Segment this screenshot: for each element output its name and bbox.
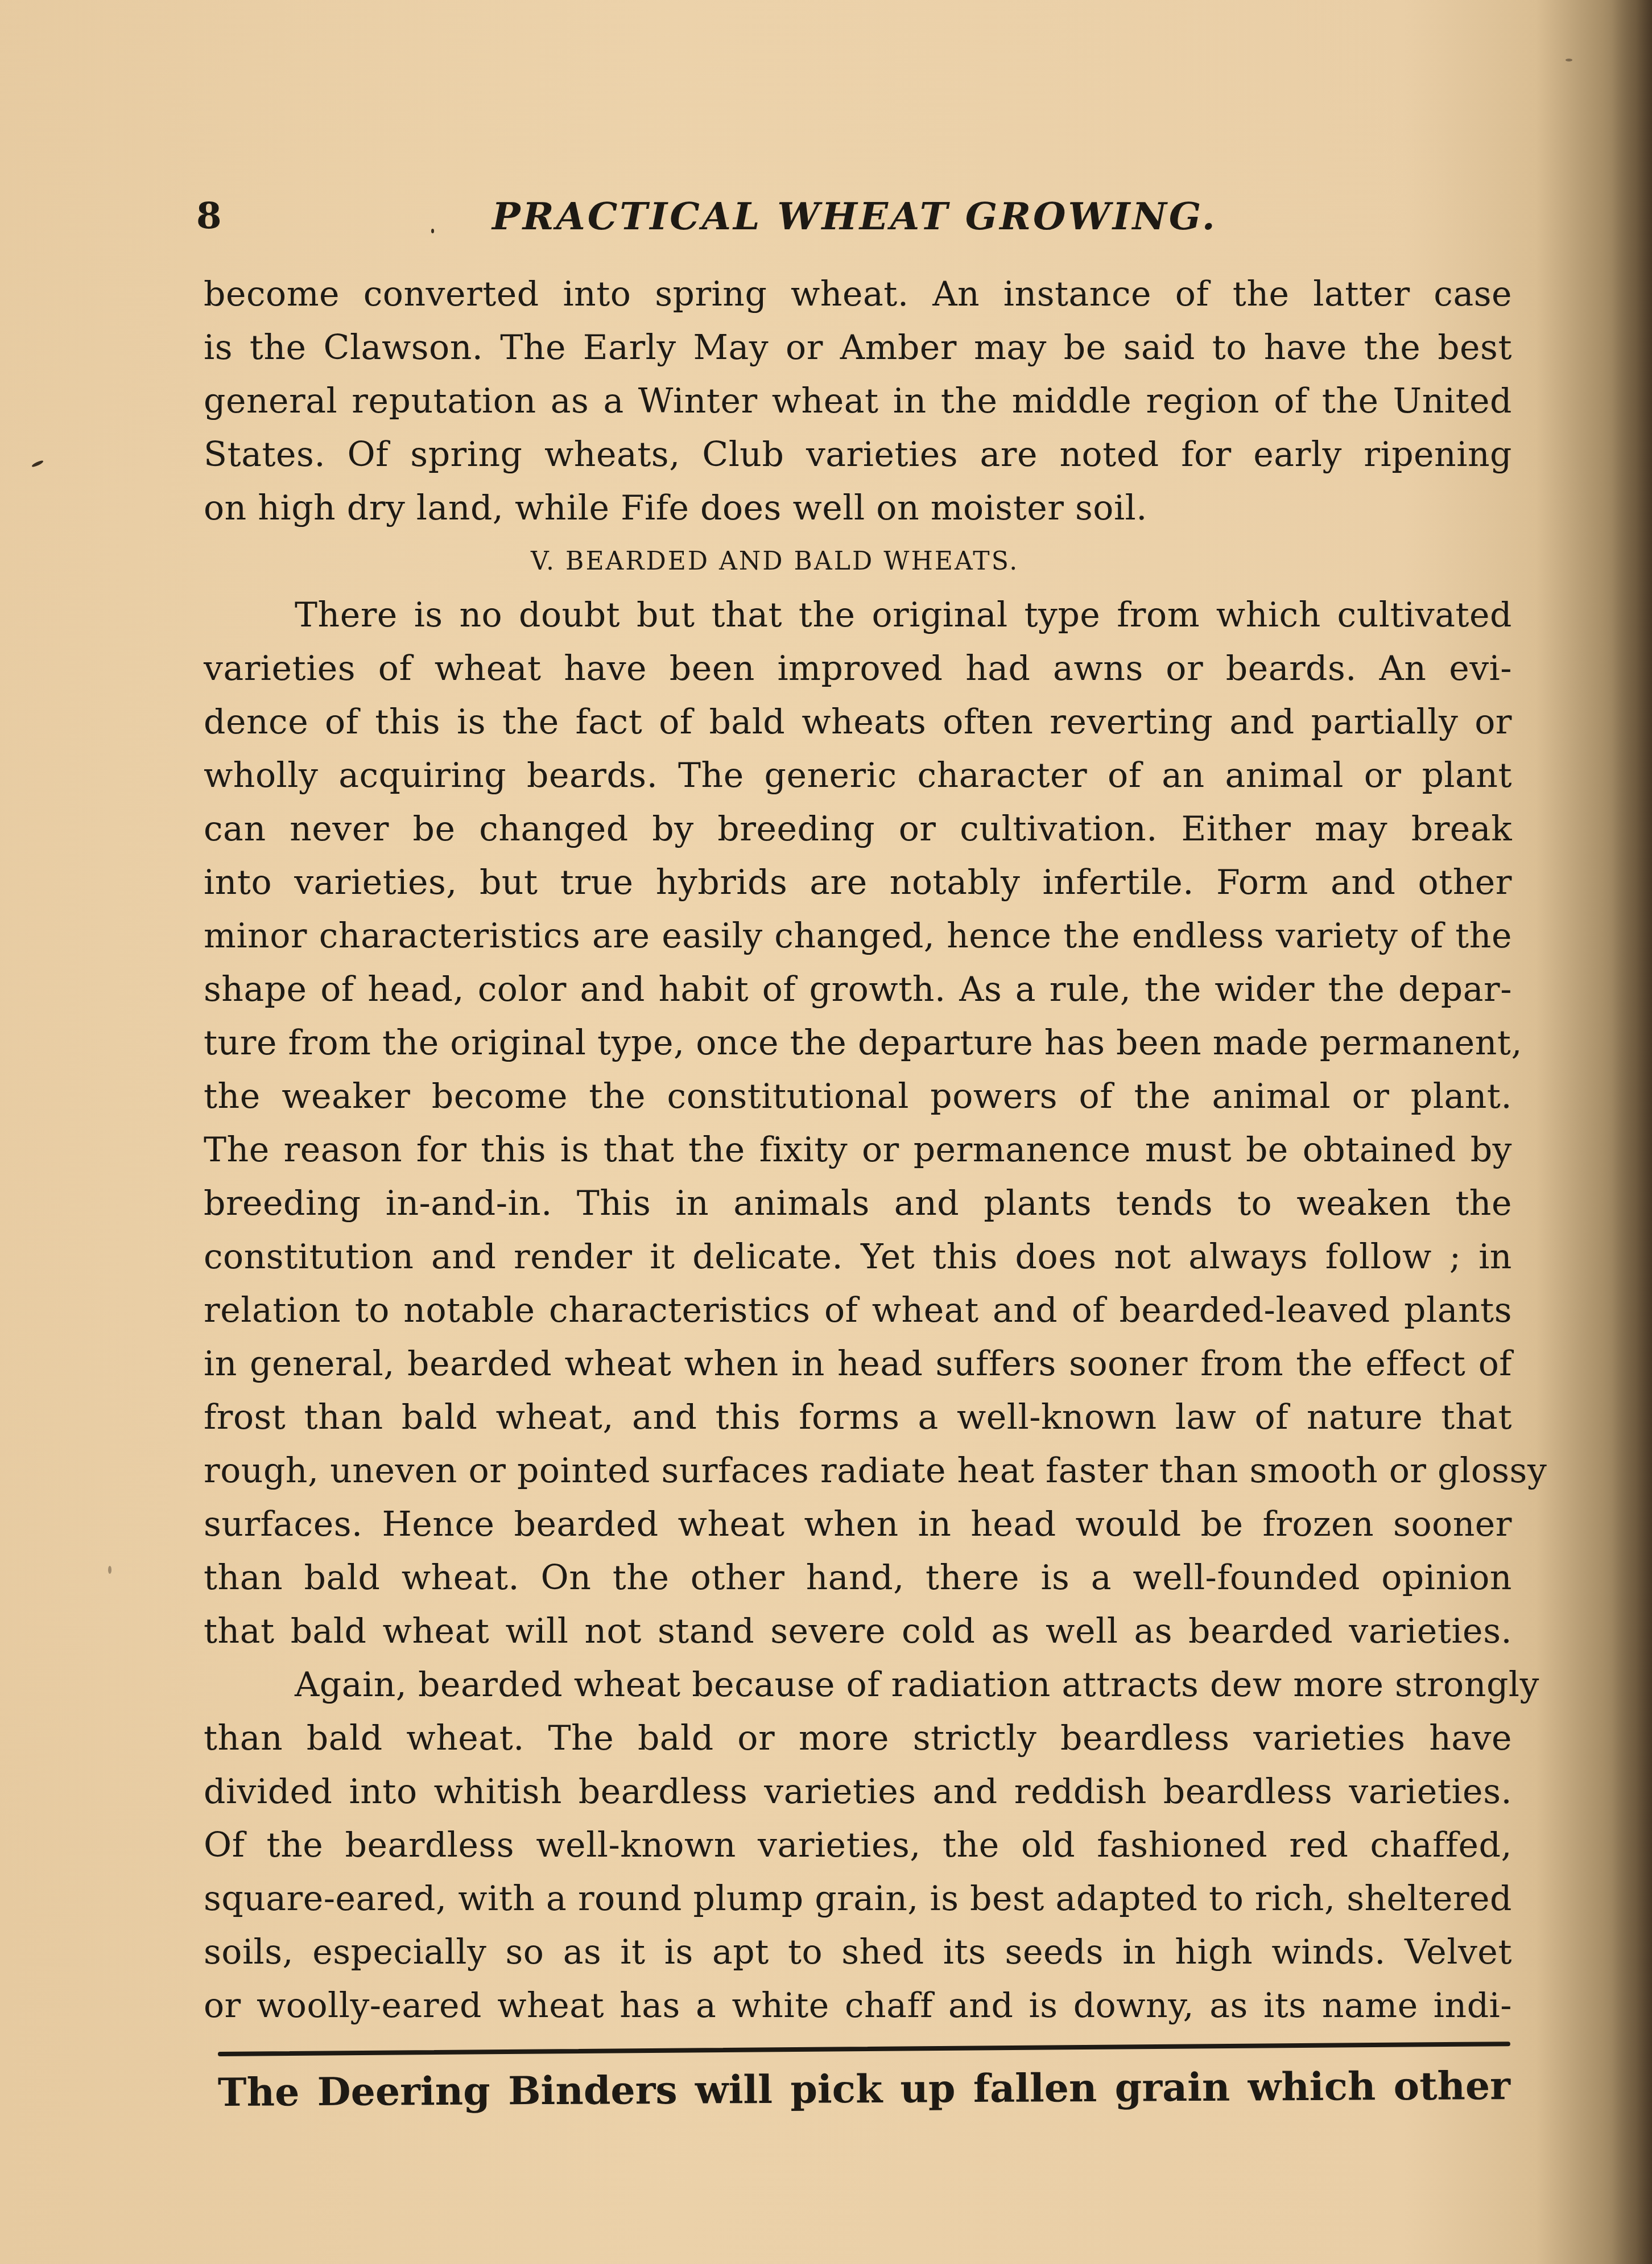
footer-divider-rule <box>218 2042 1510 2056</box>
text-line: soils, especially so as it is apt to she… <box>204 1925 1512 1979</box>
text-line: that bald wheat will not stand severe co… <box>204 1605 1512 1658</box>
text-line: relation to notable characteristics of w… <box>204 1284 1512 1337</box>
text-line: minor characteristics are easily changed… <box>204 909 1512 963</box>
paper-speck <box>108 1566 111 1574</box>
text-line: ture from the original type, once the de… <box>204 1016 1512 1070</box>
text-line: shape of head, color and habit of growth… <box>204 963 1512 1016</box>
paper-speck <box>31 460 44 468</box>
text-line: on high dry land, while Fife does well o… <box>204 481 1512 535</box>
text-line: divided into whitish beardless varieties… <box>204 1765 1512 1818</box>
text-line: States. Of spring wheats, Club varieties… <box>204 428 1512 481</box>
text-line: is the Clawson. The Early May or Amber m… <box>204 321 1512 374</box>
scanned-book-page: 8 PRACTICAL WHEAT GROWING. become conver… <box>0 0 1652 2264</box>
text-line: The reason for this is that the fixity o… <box>204 1123 1512 1177</box>
text-line: into varieties, but true hybrids are not… <box>204 856 1512 909</box>
text-line: in general, bearded wheat when in head s… <box>204 1337 1512 1391</box>
text-line: breeding in-and-in. This in animals and … <box>204 1177 1512 1230</box>
text-line: Again, bearded wheat because of radiatio… <box>204 1658 1512 1712</box>
text-line: rough, uneven or pointed surfaces radiat… <box>204 1444 1512 1498</box>
running-title: PRACTICAL WHEAT GROWING. <box>492 191 1217 242</box>
text-line: become converted into spring wheat. An i… <box>204 267 1512 321</box>
text-line: square-eared, with a round plump grain, … <box>204 1872 1512 1925</box>
text-line: constitution and render it delicate. Yet… <box>204 1230 1512 1284</box>
paper-speck <box>431 229 434 233</box>
text-line: varieties of wheat have been improved ha… <box>204 642 1512 695</box>
text-line: There is no doubt but that the original … <box>204 588 1512 642</box>
section-heading: V. BEARDED AND BALD WHEATS. <box>204 535 1512 588</box>
paper-speck <box>1566 59 1572 61</box>
text-line: surfaces. Hence bearded wheat when in he… <box>204 1498 1512 1551</box>
footer-advertisement: The Deering Binders will pick up fallen … <box>218 2057 1510 2121</box>
paragraph-continued: become converted into spring wheat. An i… <box>204 267 1512 535</box>
paragraph-bearded-origin: There is no doubt but that the original … <box>204 588 1512 1658</box>
text-line: Of the beardless well-known varieties, t… <box>204 1818 1512 1872</box>
body-text: become converted into spring wheat. An i… <box>204 267 1512 2032</box>
paragraph-dew-radiation: Again, bearded wheat because of radiatio… <box>204 1658 1512 2032</box>
text-line: than bald wheat. On the other hand, ther… <box>204 1551 1512 1605</box>
page-number: 8 <box>196 191 222 242</box>
text-line: frost than bald wheat, and this forms a … <box>204 1391 1512 1444</box>
text-line: or woolly-eared wheat has a white chaff … <box>204 1979 1512 2032</box>
text-line: general reputation as a Winter wheat in … <box>204 374 1512 428</box>
binding-shadow <box>1612 0 1652 2264</box>
text-line: wholly acquiring beards. The generic cha… <box>204 749 1512 802</box>
text-line: than bald wheat. The bald or more strict… <box>204 1712 1512 1765</box>
text-line: the weaker become the constitutional pow… <box>204 1070 1512 1123</box>
running-head: 8 PRACTICAL WHEAT GROWING. <box>196 191 1277 242</box>
text-line: dence of this is the fact of bald wheats… <box>204 695 1512 749</box>
text-line: can never be changed by breeding or cult… <box>204 802 1512 856</box>
